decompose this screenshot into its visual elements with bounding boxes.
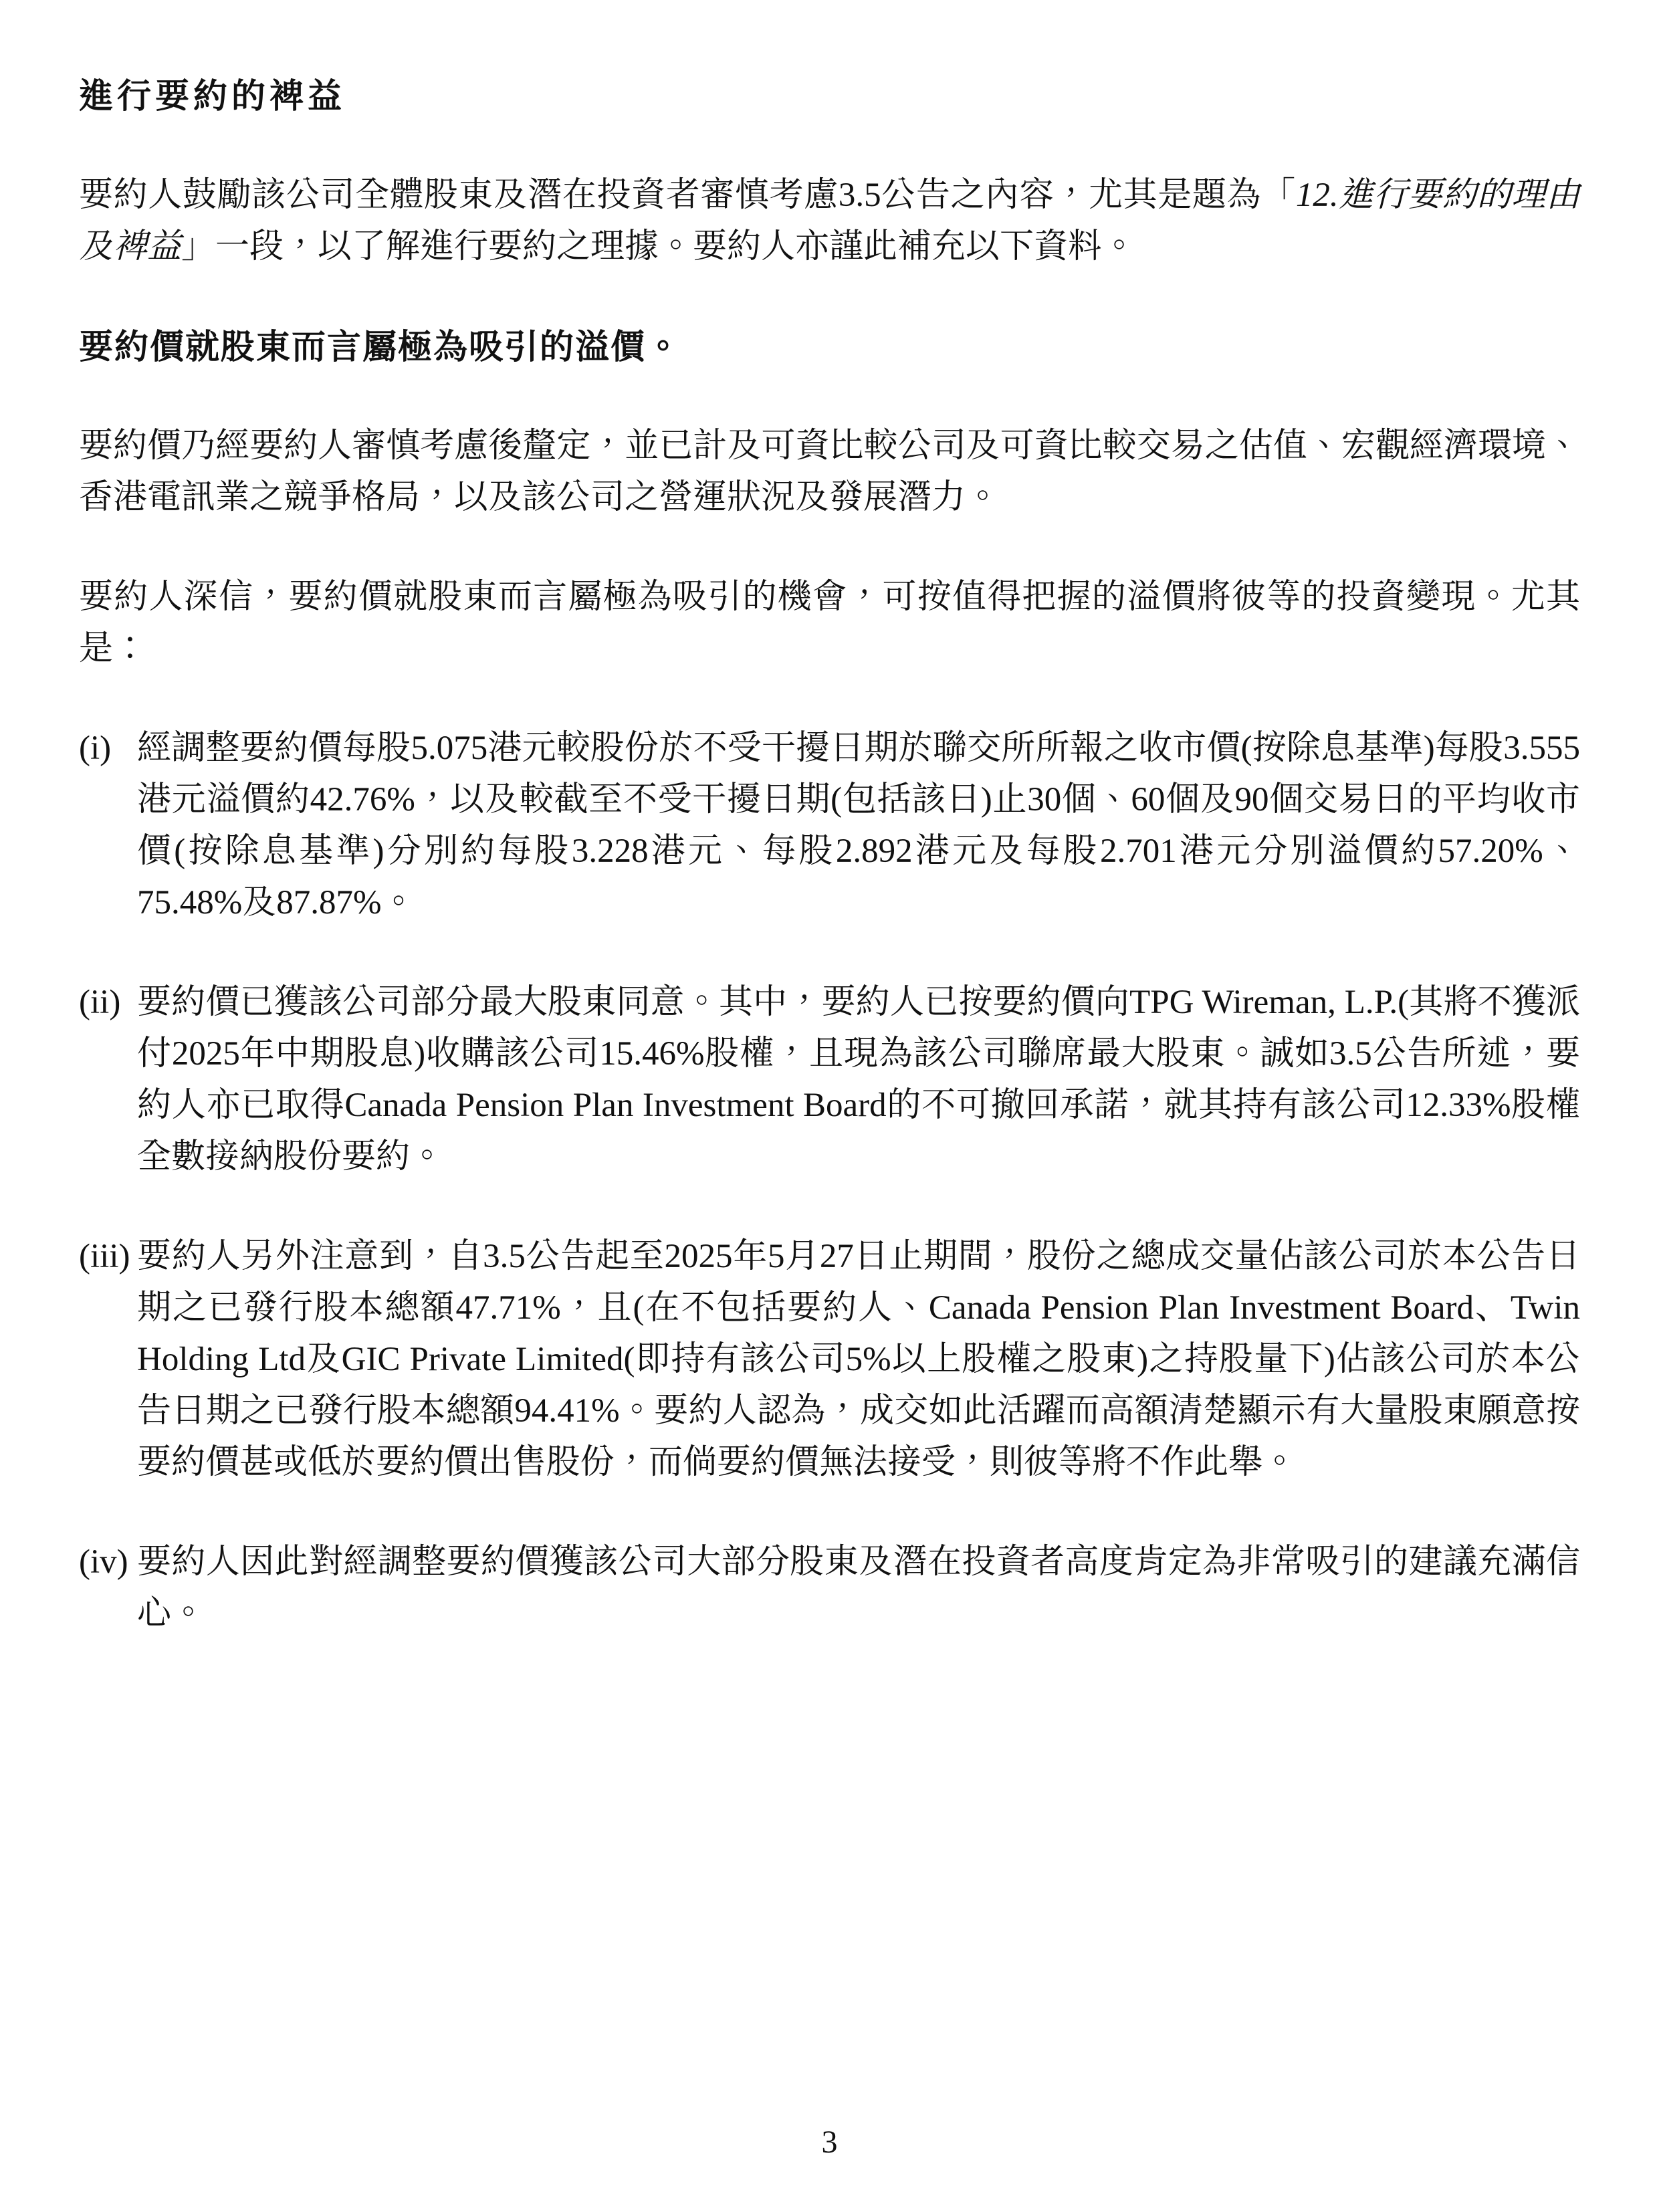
intro-text-after: 」一段，以了解進行要約之理據。要約人亦謹此補充以下資料。: [181, 228, 1136, 265]
list-marker-i: (i): [79, 723, 137, 774]
list-item: (iv) 要約人因此對經調整要約價獲該公司大部分股東及潛在投資者高度肯定為非常吸…: [79, 1537, 1580, 1640]
list-text-iv: 要約人因此對經調整要約價獲該公司大部分股東及潛在投資者高度肯定為非常吸引的建議充…: [137, 1537, 1580, 1640]
sub-heading-premium: 要約價就股東而言屬極為吸引的溢價。: [79, 321, 1580, 372]
paragraph-conviction: 要約人深信，要約價就股東而言屬極為吸引的機會，可按值得把握的溢價將彼等的投資變現…: [79, 572, 1580, 675]
list-item: (ii) 要約價已獲該公司部分最大股東同意。其中，要約人已按要約價向TPG Wi…: [79, 977, 1580, 1183]
document-page: 進行要約的裨益 要約人鼓勵該公司全體股東及潛在投資者審慎考慮3.5公告之內容，尤…: [0, 0, 1659, 2212]
paragraph-intro: 要約人鼓勵該公司全體股東及潛在投資者審慎考慮3.5公告之內容，尤其是題為「12.…: [79, 170, 1580, 273]
list-marker-iii: (iii): [79, 1231, 137, 1283]
paragraph-pricing-basis: 要約價乃經要約人審慎考慮後釐定，並已計及可資比較公司及可資比較交易之估值、宏觀經…: [79, 421, 1580, 524]
intro-text-before: 要約人鼓勵該公司全體股東及潛在投資者審慎考慮3.5公告之內容，尤其是題為「: [79, 177, 1296, 214]
list-text-iii: 要約人另外注意到，自3.5公告起至2025年5月27日止期間，股份之總成交量佔該…: [137, 1231, 1580, 1488]
list-item: (i) 經調整要約價每股5.075港元較股份於不受干擾日期於聯交所所報之收市價(…: [79, 723, 1580, 929]
list-marker-ii: (ii): [79, 977, 137, 1028]
page-number: 3: [0, 2124, 1659, 2161]
numbered-list: (i) 經調整要約價每股5.075港元較股份於不受干擾日期於聯交所所報之收市價(…: [79, 723, 1580, 1640]
section-heading: 進行要約的裨益: [79, 70, 1580, 122]
list-text-ii: 要約價已獲該公司部分最大股東同意。其中，要約人已按要約價向TPG Wireman…: [137, 977, 1580, 1183]
list-text-i: 經調整要約價每股5.075港元較股份於不受干擾日期於聯交所所報之收市價(按除息基…: [137, 723, 1580, 929]
list-item: (iii) 要約人另外注意到，自3.5公告起至2025年5月27日止期間，股份之…: [79, 1231, 1580, 1488]
list-marker-iv: (iv): [79, 1537, 137, 1588]
